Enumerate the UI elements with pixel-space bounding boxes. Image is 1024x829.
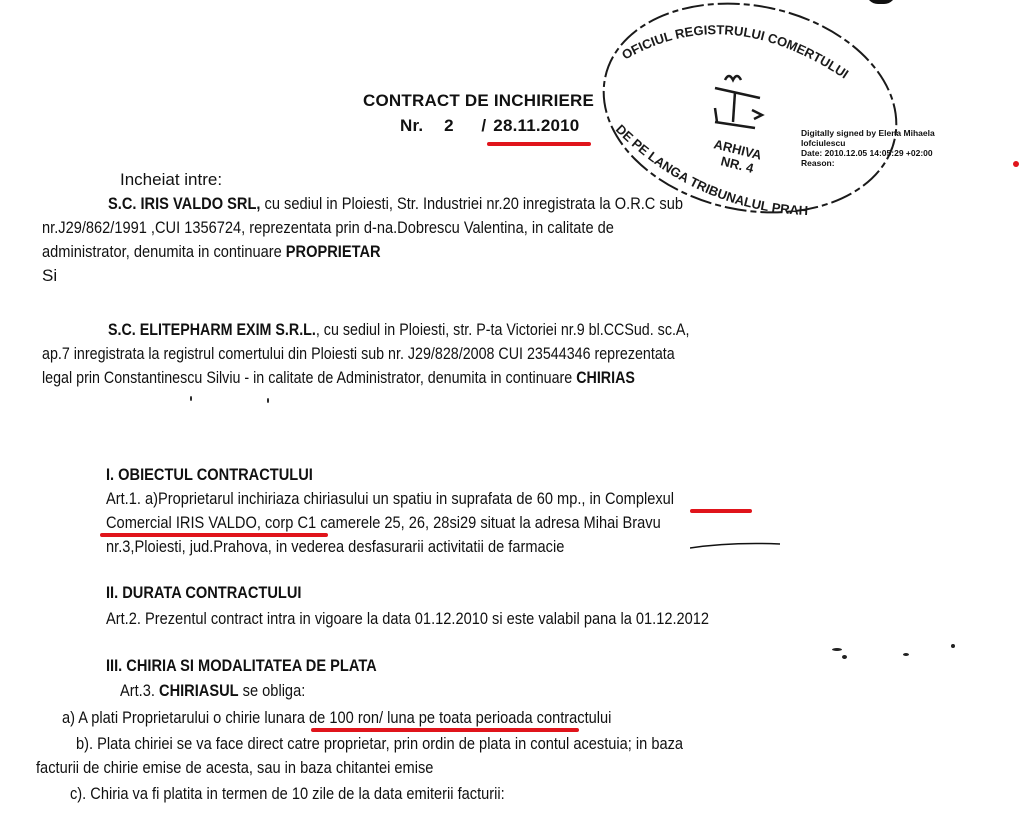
- section3-article: Art.3. CHIRIASUL se obliga:: [120, 681, 305, 701]
- signature-date: Date: 2010.12.05 14:05:29 +02:00: [801, 148, 935, 158]
- section1-line1: Art.1. a)Proprietarul inchiriaza chirias…: [106, 489, 674, 509]
- document-title: CONTRACT DE INCHIRIERE: [363, 91, 594, 111]
- section1-line3: nr.3,Ploiesti, jud.Prahova, in vederea d…: [106, 537, 564, 557]
- speck: [951, 644, 955, 648]
- digital-signature: Digitally signed by Elena Mihaela Iofciu…: [801, 128, 935, 168]
- article3-label: Art.3.: [120, 681, 159, 700]
- party1-designation: administrator, denumita in continuare: [42, 242, 286, 261]
- speck: [903, 653, 909, 656]
- party2-address: , cu sediul in Ploiesti, str. P-ta Victo…: [316, 320, 690, 339]
- section1-heading: I. OBIECTUL CONTRACTULUI: [106, 465, 313, 485]
- party2-designation: legal prin Constantinescu Silviu - in ca…: [42, 368, 576, 387]
- signature-signer-surname: Iofciulescu: [801, 138, 935, 148]
- article3-verb: se obliga:: [239, 681, 306, 700]
- party2-line1: S.C. ELITEPHARM EXIM S.R.L., cu sediul i…: [108, 320, 689, 340]
- party2-role: CHIRIAS: [576, 368, 635, 387]
- article3-subject: CHIRIASUL: [159, 681, 239, 700]
- contract-number: 2: [444, 116, 454, 135]
- speck: [267, 398, 269, 403]
- section3-item-a: a) A plati Proprietarului o chirie lunar…: [62, 708, 611, 728]
- signature-signer: Digitally signed by Elena Mihaela: [801, 128, 935, 138]
- highlight-underline-area: [690, 509, 752, 513]
- party2-line3: legal prin Constantinescu Silviu - in ca…: [42, 368, 635, 388]
- red-mark: [1013, 161, 1019, 167]
- section3-item-b2: facturii de chirie emise de acesta, sau …: [36, 758, 433, 778]
- section2-heading: II. DURATA CONTRACTULUI: [106, 583, 301, 603]
- party2-name: S.C. ELITEPHARM EXIM S.R.L.: [108, 320, 316, 339]
- stamp-emblem-icon: [715, 76, 762, 128]
- party1-line2: nr.J29/862/1991 ,CUI 1356724, reprezenta…: [42, 218, 614, 238]
- contract-number-line: Nr. 2 / 28.11.2010: [400, 116, 579, 136]
- stamp-top-text: OFICIUL REGISTRULUI COMERTULUI: [619, 22, 851, 81]
- conjunction: Si: [42, 266, 57, 286]
- highlight-underline-date: [487, 142, 591, 146]
- party2-line2: ap.7 inregistrata la registrul comertulu…: [42, 344, 675, 364]
- contract-date: 28.11.2010: [493, 116, 579, 135]
- party1-role: PROPRIETAR: [286, 242, 381, 261]
- date-separator: /: [481, 116, 486, 135]
- speck: [190, 396, 192, 401]
- speck: [832, 648, 842, 651]
- speck: [842, 655, 847, 659]
- section3-heading: III. CHIRIA SI MODALITATEA DE PLATA: [106, 656, 377, 676]
- registry-stamp: OFICIUL REGISTRULUI COMERTULUI DE PE LAN…: [585, 0, 945, 230]
- intro-text: Incheiat intre:: [120, 170, 222, 190]
- highlight-underline-rent: [311, 728, 579, 732]
- section2-line1: Art.2. Prezentul contract intra in vigoa…: [106, 609, 709, 629]
- number-label: Nr.: [400, 116, 423, 135]
- section3-item-b1: b). Plata chiriei se va face direct catr…: [76, 734, 683, 754]
- section1-line2: Comercial IRIS VALDO, corp C1 camerele 2…: [106, 513, 661, 533]
- scribble-mark: [690, 540, 790, 552]
- section3-item-c: c). Chiria va fi platita in termen de 10…: [70, 784, 505, 804]
- party1-line3: administrator, denumita in continuare PR…: [42, 242, 381, 262]
- signature-reason: Reason:: [801, 158, 935, 168]
- party1-name: S.C. IRIS VALDO SRL,: [108, 194, 260, 213]
